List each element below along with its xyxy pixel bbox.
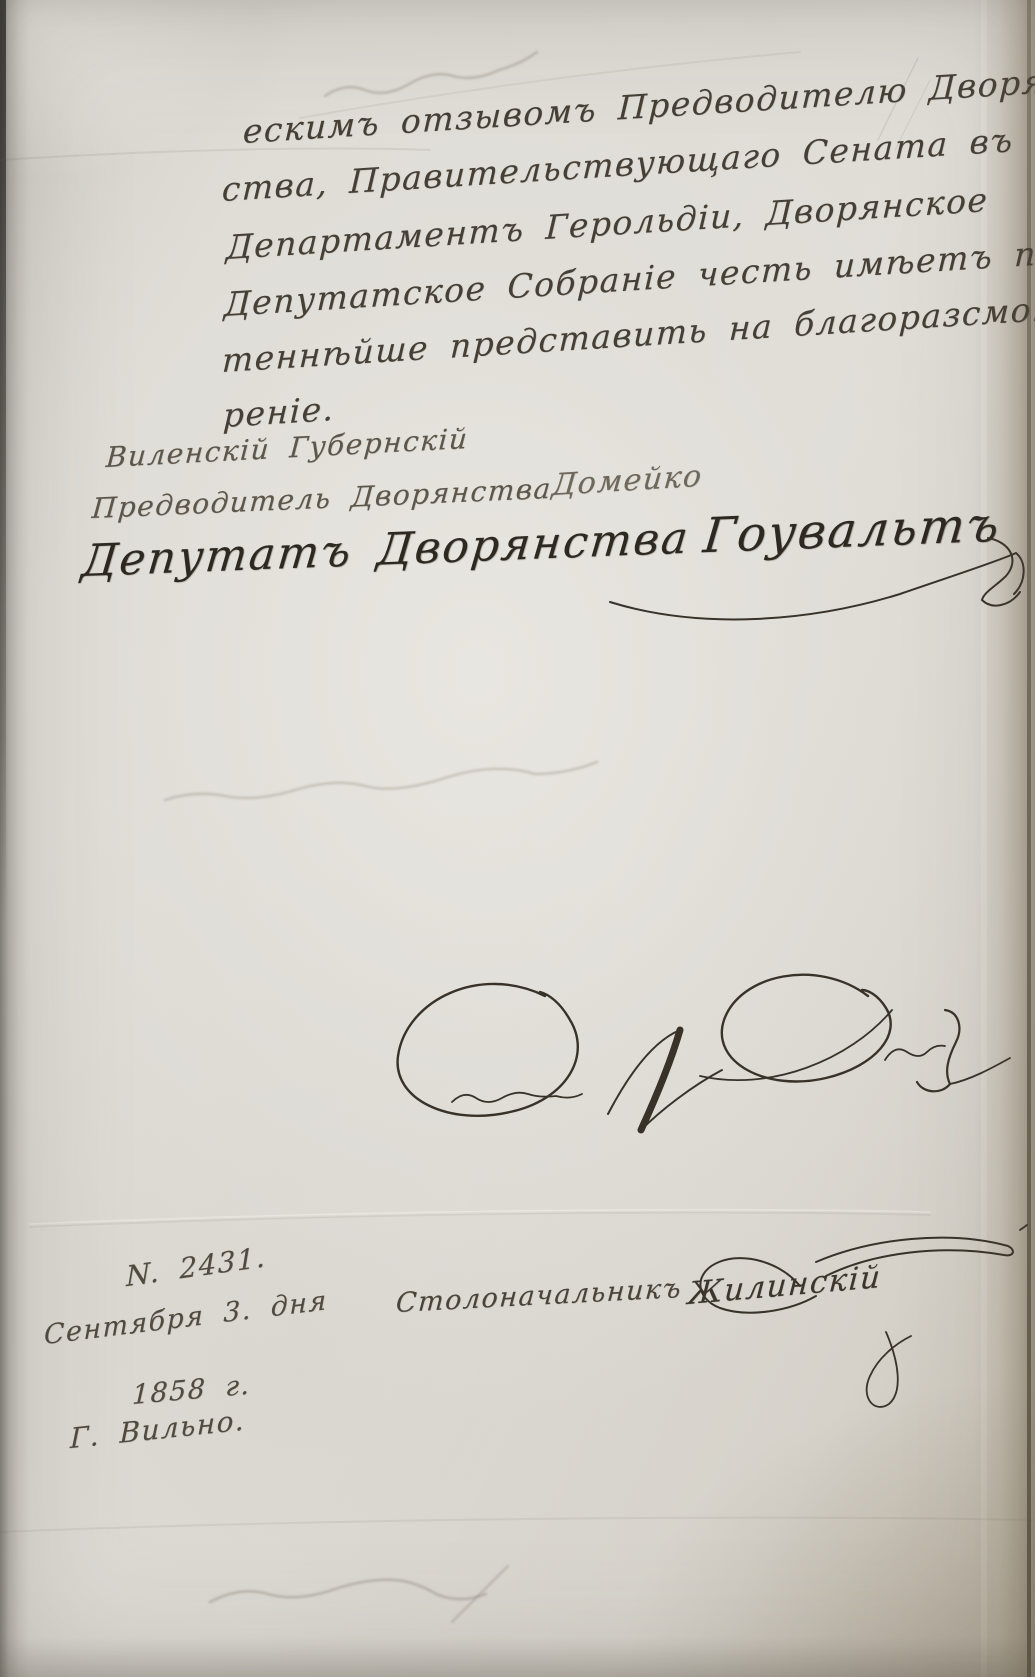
paper-highlight-corner <box>0 0 260 180</box>
page-bottom-shadow <box>0 1637 1035 1677</box>
deputy-title: Депутатъ Дворянства <box>79 513 692 588</box>
paper-shadow-corner <box>615 1377 1035 1677</box>
marshal-signature: Домейко <box>550 459 704 503</box>
clerk-title: Столоначальникъ <box>395 1273 683 1319</box>
deputy-signature: Гоувальтъ <box>701 497 1004 565</box>
registration-date: Сентября 3. дня <box>44 1285 328 1351</box>
scanned-document-page: ескимъ отзывомъ Предводителю Дворян- ств… <box>0 0 1035 1677</box>
registration-place: Г. Вильно. <box>70 1403 246 1455</box>
body-line-6: реніе. <box>222 389 335 435</box>
page-left-edge-dark <box>0 0 6 922</box>
clerk-signature: Жилинскій <box>687 1259 883 1312</box>
registration-number: N. 2431. <box>126 1240 267 1293</box>
secretary-paraph-signature <box>398 975 1010 1130</box>
